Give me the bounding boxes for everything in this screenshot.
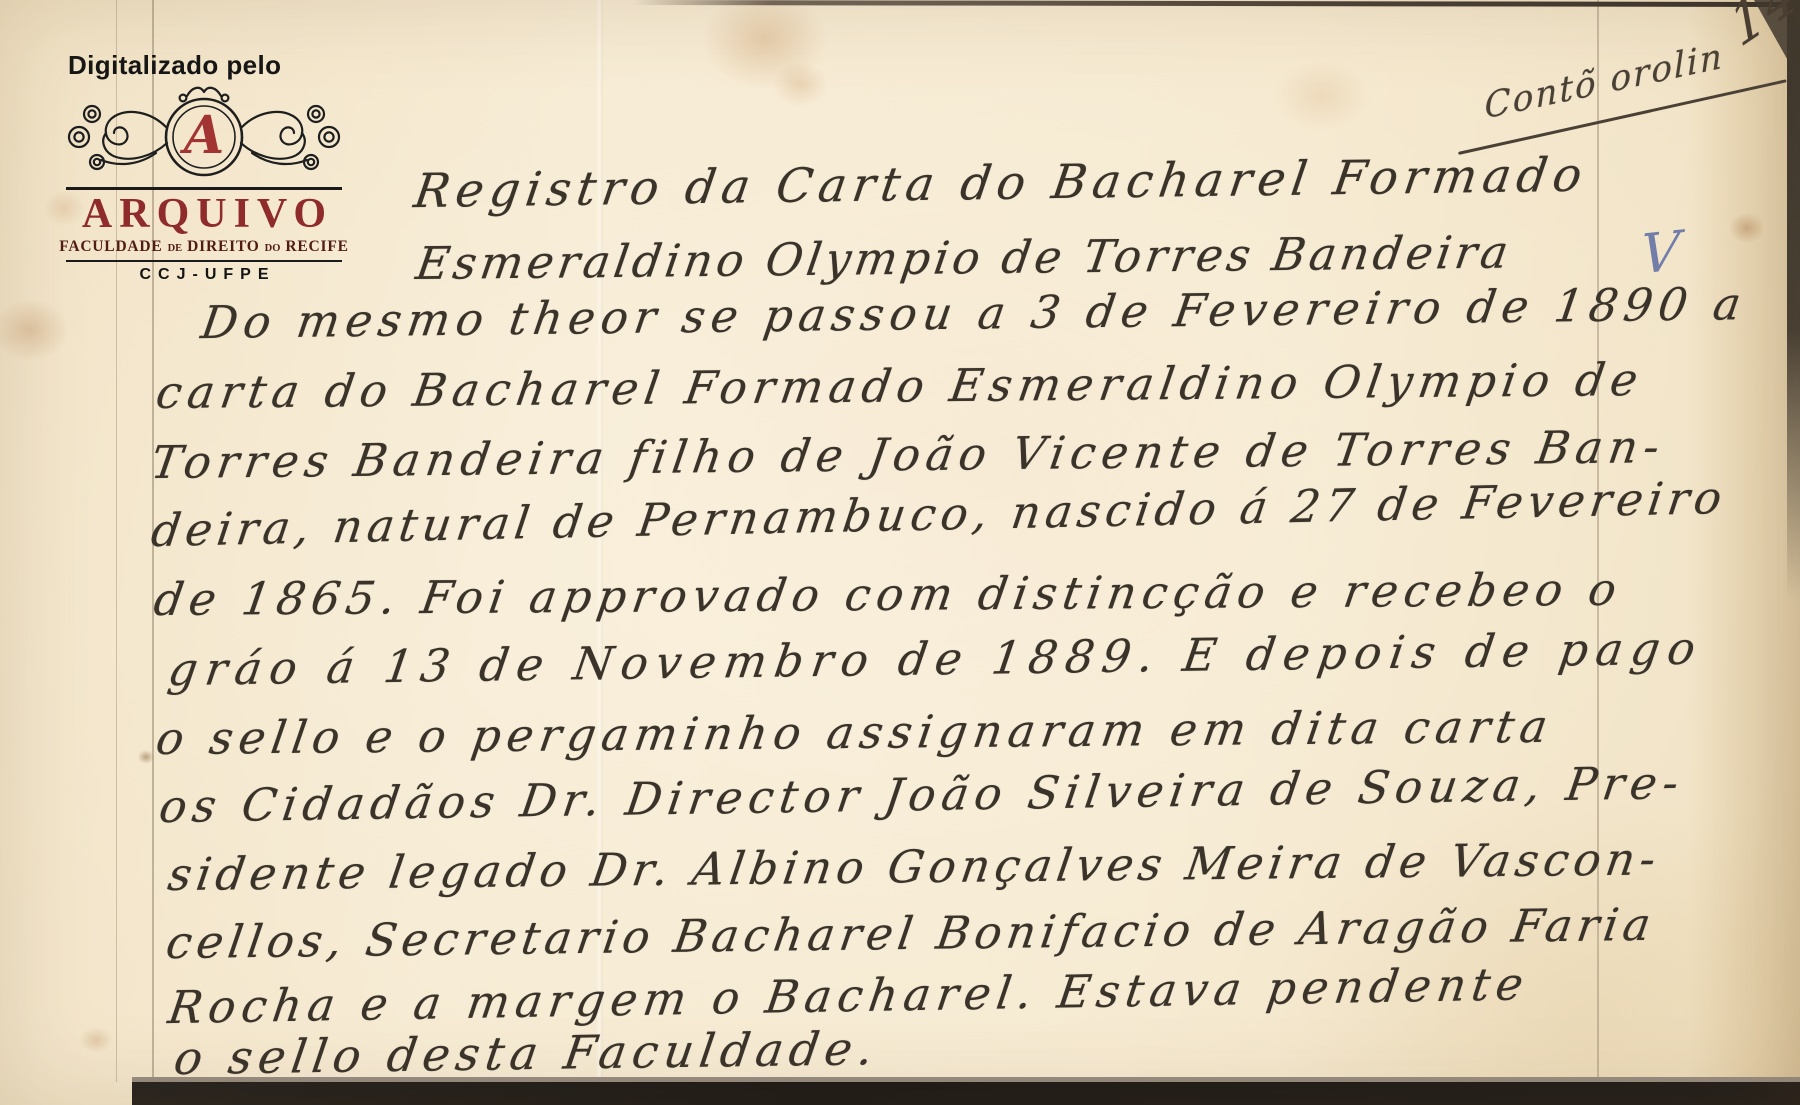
scan-page: { "watermark": { "prefix": "Digitalizado… — [0, 0, 1800, 1105]
manuscript-line: de 1865. Foi approvado com distincção e … — [151, 567, 1625, 622]
page-top-edge — [632, 0, 1800, 7]
check-mark: V — [1640, 224, 1681, 283]
subtitle-word: DIREITO — [187, 238, 260, 256]
manuscript-line: cellos, Secretario Bacharel Bonifacio de… — [163, 902, 1658, 965]
subtitle-word: FACULDADE — [59, 238, 162, 256]
arquivo-monogram: A — [184, 110, 224, 162]
manuscript-line: gráo á 13 de Novembro de 1889. E depois … — [166, 626, 1707, 693]
logo-divider-top — [66, 187, 342, 190]
scan-bottom-band — [132, 1082, 1800, 1105]
manuscript-title-line: Registro da Carta do Bacharel Formado — [411, 152, 1591, 215]
manuscript-line: deira, natural de Pernambuco, nascido á … — [149, 475, 1730, 553]
arquivo-org: CCJ-UFPE — [66, 266, 342, 284]
page-right-edge-shade — [1688, 0, 1800, 1105]
subtitle-word: DE — [168, 243, 183, 254]
manuscript-line: Torres Bandeira filho de João Vicente de… — [148, 424, 1668, 485]
manuscript-line: os Cidadãos Dr. Director João Silveira d… — [157, 760, 1688, 829]
manuscript-line: Do mesmo theor se passou a 3 de Fevereir… — [198, 281, 1749, 345]
watermark-prefix: Digitalizado pelo — [68, 50, 342, 81]
arquivo-ornament: A — [66, 83, 342, 185]
arquivo-wordmark: ARQUIVO — [66, 193, 342, 235]
manuscript-line: o sello e o pergaminho assignaram em dit… — [153, 704, 1556, 761]
manuscript-line: carta do Bacharel Formado Esmeraldino Ol… — [153, 357, 1646, 415]
subtitle-word: DO — [265, 243, 281, 254]
manuscript-line: Rocha e a margem o Bacharel. Estava pend… — [166, 961, 1532, 1030]
digitization-watermark: Digitalizado pelo — [66, 50, 342, 284]
arquivo-subtitle: FACULDADE DE DIREITO DO RECIFE — [66, 238, 342, 256]
manuscript-line: o sello desta Faculdade. — [171, 1025, 882, 1081]
scan-right-edge — [1787, 0, 1800, 600]
manuscript-line: sidente legado Dr. Albino Gonçalves Meir… — [165, 836, 1663, 897]
logo-divider-bottom — [66, 260, 342, 262]
subtitle-word: RECIFE — [285, 238, 348, 256]
manuscript-title-line: Esmeraldino Olympio de Torres Bandeira — [413, 230, 1515, 287]
